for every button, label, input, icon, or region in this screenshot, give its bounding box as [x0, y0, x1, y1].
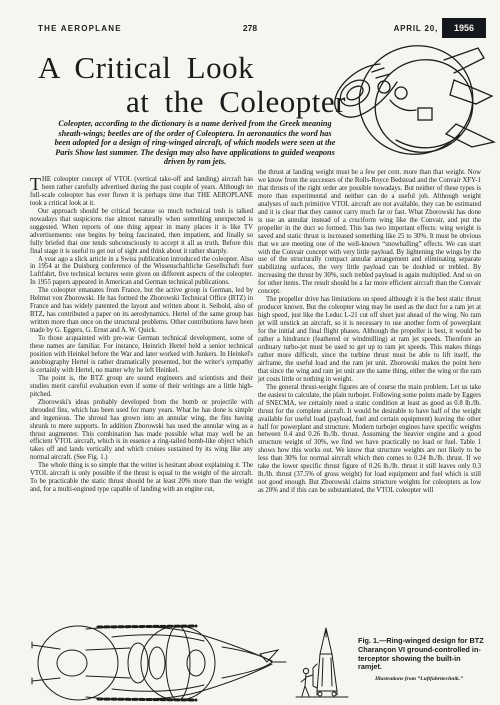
left-text-column: THE coleopter concept of VTOL (vertical …: [30, 176, 253, 494]
vertical-coleopter-with-person-drawing: [292, 624, 350, 704]
article-title-line1: A Critical Look: [38, 50, 254, 86]
issue-year-badge: 1956: [442, 18, 486, 38]
paragraph: To those acquainted with pre-war German …: [30, 335, 253, 375]
right-text-column: the thrust at landing weight must be a f…: [258, 169, 481, 495]
paragraph: Zborowski's ideas probably developed fro…: [30, 399, 253, 463]
paragraph: A year ago a slick article in a Swiss pu…: [30, 256, 253, 288]
coleopter-perspective-cutaway-illustration: [326, 38, 496, 164]
magazine-page: THE AEROPLANE 278 APRIL 20, 1956 A Criti…: [0, 0, 500, 705]
paragraph: Our approach should be critical because …: [30, 208, 253, 256]
figure-caption: Fig. 1.—Ring-winged design for BTZ Chara…: [358, 637, 485, 672]
article-standfirst: Coleopter, according to the dictionary i…: [52, 119, 338, 167]
illustration-credit: Illustrations from “Luftfahrttechnik.”: [350, 676, 488, 682]
coleopter-side-cutaway-illustration: [26, 621, 290, 704]
paragraph: the thrust at landing weight must be a f…: [258, 169, 481, 296]
issue-date-month-day: APRIL 20,: [394, 24, 438, 33]
paragraph: The whole thing is so simple that the wr…: [30, 462, 253, 494]
issue-date: APRIL 20, 1956: [394, 18, 486, 38]
paragraph-text: HE coleopter concept of VTOL (vertical t…: [30, 176, 253, 207]
paragraph: The general thrust-weight figures are of…: [258, 384, 481, 495]
paragraph: The coleopter emanates from France, but …: [30, 287, 253, 335]
paragraph: The point is, the BTZ group are sound en…: [30, 375, 253, 399]
paragraph: THE coleopter concept of VTOL (vertical …: [30, 176, 253, 208]
ring-wing-cutaway-drawing: [326, 38, 496, 164]
coleopter-standing-scale-illustration: [292, 624, 350, 704]
drop-cap: T: [30, 176, 42, 191]
article-title-line2: at the Coleopter: [126, 84, 346, 120]
ramjet-duct-side-drawing: [26, 621, 290, 704]
paragraph: The propeller drive has limitations on s…: [258, 296, 481, 383]
